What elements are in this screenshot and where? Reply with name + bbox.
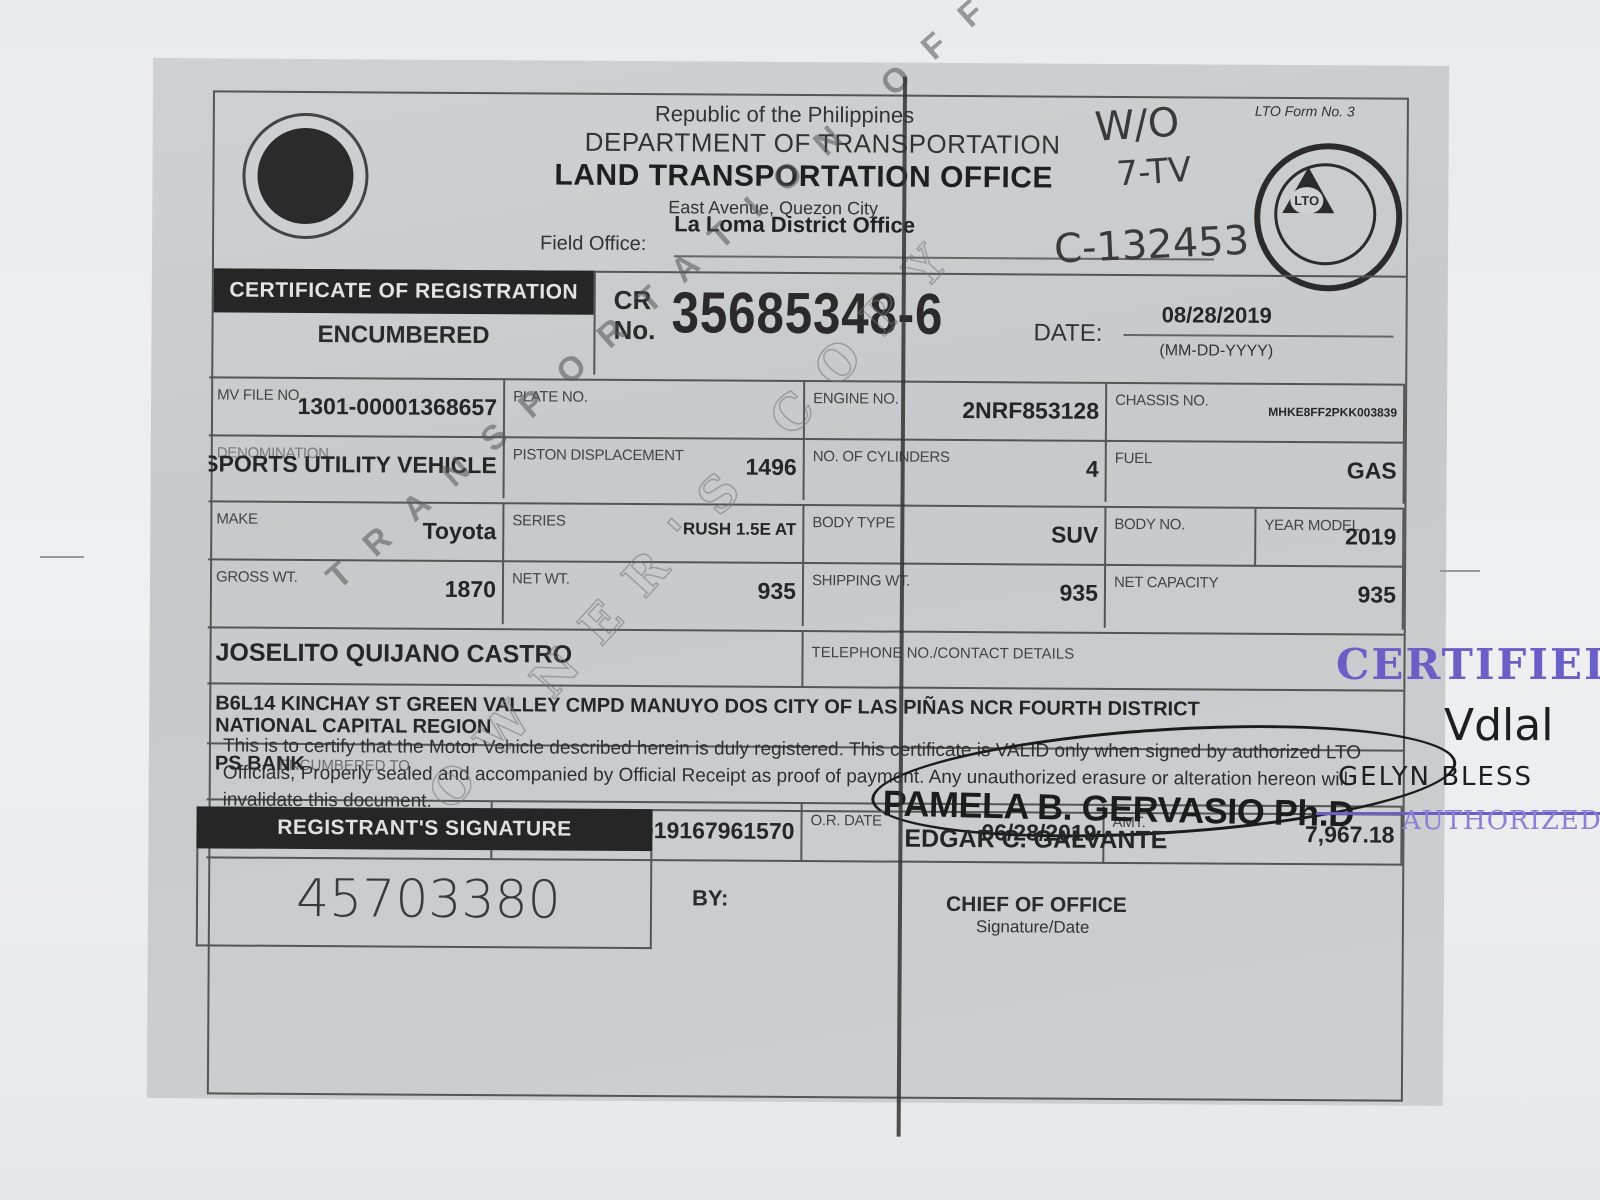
encumbrance-status: ENCUMBERED xyxy=(213,320,593,350)
registration-certificate-photocopy: Republic of the Philippines DEPARTMENT O… xyxy=(147,58,1449,1106)
dotr-seal-icon xyxy=(242,113,369,240)
printed-official-name: EDGAR C. GALVANTE xyxy=(904,825,1167,856)
chassis-cell: CHASSIS NO. MHKE8FF2PKK003839 xyxy=(1107,384,1405,444)
signature-date-label: Signature/Date xyxy=(976,917,1090,938)
paper-edge-mark xyxy=(40,556,84,558)
owner-row: JOSELITO QUIJANO CASTRO TELEPHONE NO./CO… xyxy=(207,626,1403,691)
certifier-name: GELYN BLESS xyxy=(1338,762,1533,792)
cylinders-cell: NO. OF CYLINDERS 4 xyxy=(805,440,1107,502)
paper-edge-mark xyxy=(1440,570,1480,572)
lto-seal-icon: LTO xyxy=(1254,143,1403,292)
certificate-title: CERTIFICATE OF REGISTRATION xyxy=(214,268,594,314)
authorized-stamp: AUTHORIZED xyxy=(1402,806,1600,836)
certified-stamp: CERTIFIED xyxy=(1336,640,1600,689)
mv-file-value: 1301-00001368657 xyxy=(297,393,497,421)
date-line xyxy=(1124,334,1394,338)
official-title: CHIEF OF OFFICE xyxy=(946,893,1127,918)
owner-name: JOSELITO QUIJANO CASTRO xyxy=(215,638,572,669)
owner-name-cell: JOSELITO QUIJANO CASTRO xyxy=(207,628,803,688)
phone-label: TELEPHONE NO./CONTACT DETAILS xyxy=(812,644,1075,663)
date-value: 08/28/2019 xyxy=(1162,302,1272,329)
date-format: (MM-DD-YYYY) xyxy=(1159,342,1273,361)
body-no-cell: BODY NO. xyxy=(1106,508,1256,567)
year-model-cell: YEAR MODEL 2019 xyxy=(1256,509,1404,568)
registrant-signature-label: REGISTRANT'S SIGNATURE xyxy=(196,806,652,851)
field-office-label: Field Office: xyxy=(540,232,646,256)
grid-row: DENOMINATION SPORTS UTILITY VEHICLE PIST… xyxy=(209,434,1405,503)
mv-file-cell: MV FILE NO. 1301-00001368657 xyxy=(209,378,505,438)
handwritten-note: W/O xyxy=(1093,99,1180,150)
lto-form: Republic of the Philippines DEPARTMENT O… xyxy=(207,90,1409,1101)
handwritten-ref-code: C-132453 xyxy=(1053,218,1250,273)
date-label: DATE: xyxy=(1033,319,1102,347)
fuel-cell: FUEL GAS xyxy=(1106,442,1404,504)
grid-row: GROSS WT. 1870 NET WT. 935 SHIPPING WT. … xyxy=(208,558,1404,629)
engine-value: 2NRF853128 xyxy=(962,397,1099,425)
shipping-wt-cell: SHIPPING WT. 935 xyxy=(804,564,1106,628)
registrant-signature: 45703380 xyxy=(296,869,561,931)
certifier-signature: Vdlal xyxy=(1444,700,1553,751)
by-label: BY: xyxy=(692,885,728,911)
certificate-title-box: CERTIFICATE OF REGISTRATION ENCUMBERED xyxy=(213,268,596,374)
chassis-value: MHKE8FF2PKK003839 xyxy=(1268,405,1397,420)
body-type-cell: BODY TYPE SUV xyxy=(804,506,1106,566)
net-capacity-cell: NET CAPACITY 935 xyxy=(1106,566,1404,630)
handwritten-note: 7-TV xyxy=(1115,150,1192,195)
form-number: LTO Form No. 3 xyxy=(1255,103,1355,120)
